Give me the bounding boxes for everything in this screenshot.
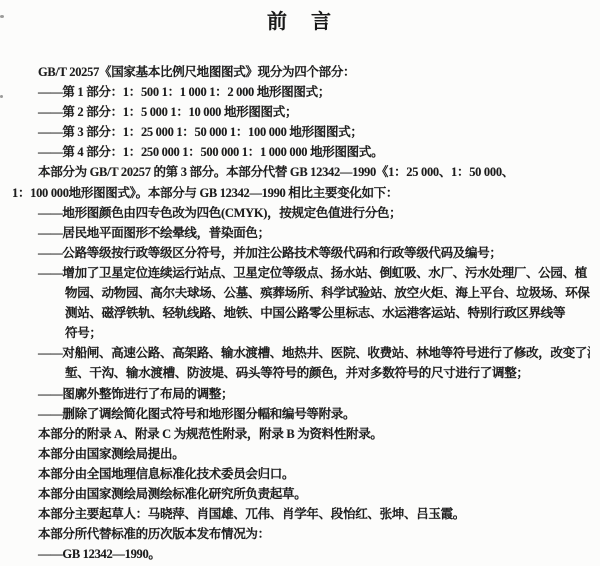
text-line: ——第 1 部分：1：500 1：1 000 1：2 000 地形图图式； [12,82,590,102]
scan-speck [0,95,3,98]
text-line: ——删除了调绘简化图式符号和地形图分幅和编号等附录。 [12,404,590,424]
text-line: ——第 2 部分：1：5 000 1：10 000 地形图图式； [12,102,590,122]
text-line: ——地形图颜色由四专色改为四色(CMYK)，按规定色值进行分色； [12,203,590,223]
document-page: 前 言 GB/T 20257《国家基本比例尺地图图式》现分为四个部分： ——第 … [0,0,600,566]
text-line: 本部分由国家测绘局提出。 [12,444,590,464]
text-line: GB/T 20257《国家基本比例尺地图图式》现分为四个部分： [12,62,590,82]
text-line: 物园、动物园、高尔夫球场、公墓、殡葬场所、科学试验站、放空火炬、海上平台、垃圾场… [12,283,590,303]
text-line: ——图廓外整饰进行了布局的调整； [12,384,590,404]
text-line: 堑、干沟、输水渡槽、防波堤、码头等符号的颜色，并对多数符号的尺寸进行了调整； [12,363,590,383]
foreword-body: GB/T 20257《国家基本比例尺地图图式》现分为四个部分： ——第 1 部分… [0,62,600,564]
text-line: 测站、磁浮铁轨、轻轨线路、地铁、中国公路零公里标志、水运港客运站、特别行政区界线… [12,303,590,323]
text-line: 本部分主要起草人：马晓萍、肖国雄、兀伟、肖学年、段怡红、张坤、吕玉霞。 [12,504,590,524]
page-title: 前 言 [0,9,600,35]
text-line: 符号； [12,323,590,343]
text-line: ——居民地平面图形不绘晕线，普染面色； [12,223,590,243]
text-line: 本部分为 GB/T 20257 的第 3 部分。本部分代替 GB 12342—1… [12,162,590,182]
text-line: ——GB 12342—1990。 [12,544,590,564]
text-line: ——对船闸、高速公路、高架路、输水渡槽、地热井、医院、收费站、林地等符号进行了修… [12,343,590,363]
text-line: ——第 3 部分：1：25 000 1：50 000 1：100 000 地形图… [12,122,590,142]
text-line: 1：100 000地形图图式》。本部分与 GB 12342—1990 相比主要变… [12,183,590,203]
text-line: 本部分所代替标准的历次版本发布情况为： [12,524,590,544]
text-line: ——第 4 部分：1：250 000 1：500 000 1：1 000 000… [12,142,590,162]
text-line: 本部分由国家测绘局测绘标准化研究所负责起草。 [12,484,590,504]
text-line: 本部分由全国地理信息标准化技术委员会归口。 [12,464,590,484]
scan-speck [0,15,4,18]
text-line: 本部分的附录 A、附录 C 为规范性附录，附录 B 为资料性附录。 [12,424,590,444]
text-line: ——增加了卫星定位连续运行站点、卫星定位等级点、扬水站、倒虹吸、水厂、污水处理厂… [12,263,590,283]
text-line: ——公路等级按行政等级区分符号，并加注公路技术等级代码和行政等级代码及编号； [12,243,590,263]
